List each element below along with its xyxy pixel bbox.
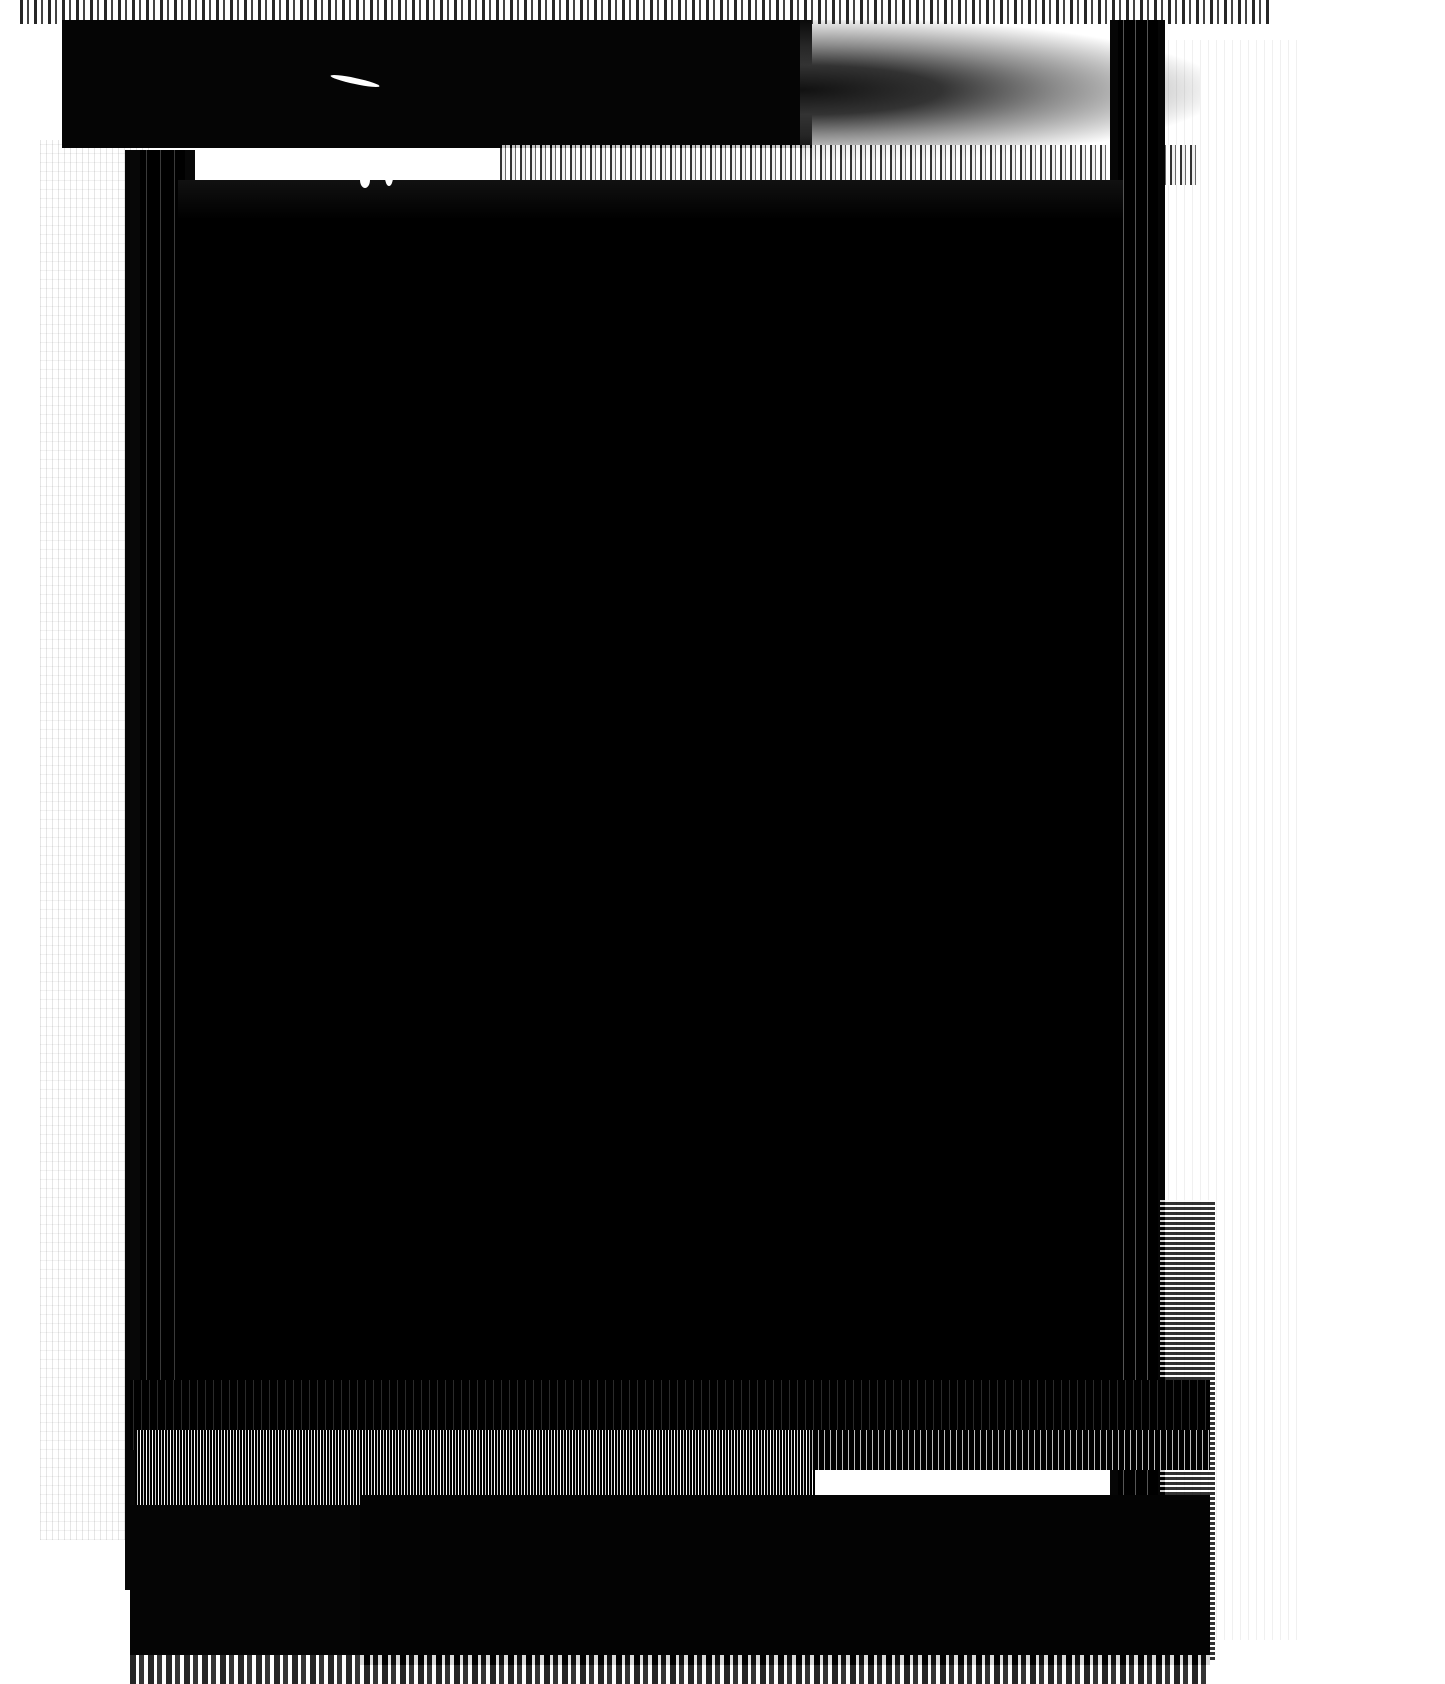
white-scratch — [385, 168, 393, 186]
bottom-black-block — [360, 1495, 1210, 1665]
bottom-rough-edge — [130, 1655, 1210, 1684]
top-textured-strip — [500, 145, 1200, 185]
white-scratch — [360, 172, 370, 188]
panel-top-shade — [178, 180, 1123, 220]
top-black-band — [62, 20, 812, 148]
main-black-panel — [178, 180, 1123, 1400]
bottom-textured-strip-right — [810, 1430, 1210, 1470]
bottom-black-block-left — [130, 1505, 370, 1655]
